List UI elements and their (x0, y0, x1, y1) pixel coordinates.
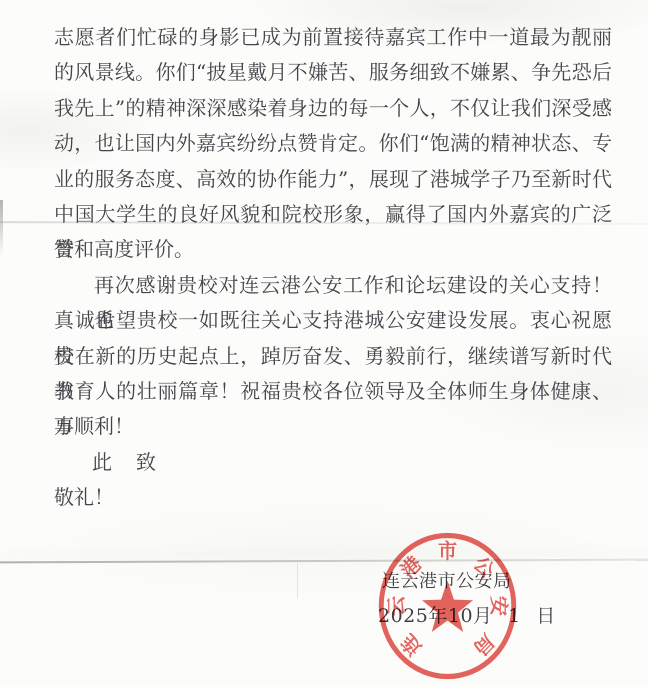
letter-line: 志愿者们忙碌的身影已成为前置接待嘉宾工作中一道最为靓丽 (54, 20, 612, 55)
letter-line: 再次感谢贵校对连云港公安工作和论坛建设的关心支持！也 (54, 268, 612, 303)
letter-line: 事顺利！ (54, 409, 612, 444)
letter-line: 动，也让国内外嘉宾纷纷点赞肯定。你们“饱满的精神状态、专 (54, 126, 612, 161)
letter-line: 我先上”的精神深深感染着身边的每一个人，不仅让我们深受感 (54, 91, 612, 126)
letter-line: 誉和高度评价。 (54, 232, 612, 267)
letter-line: 中国大学生的良好风貌和院校形象，赢得了国内外嘉宾的广泛赞 (54, 197, 612, 232)
paper-fold-line (0, 559, 648, 564)
seal-ring-char: 安 (488, 596, 510, 617)
letter-body: 志愿者们忙碌的身影已成为前置接待嘉宾工作中一道最为靓丽 的风景线。你们“披星戴月… (54, 20, 612, 515)
letter-line: 的风景线。你们“披星戴月不嫌苦、服务细致不嫌累、争先恐后 (54, 55, 612, 90)
letter-line: 业的服务态度、高效的协作能力”，展现了港城学子乃至新时代 (54, 162, 612, 197)
scanned-letter-page: 志愿者们忙碌的身影已成为前置接待嘉宾工作中一道最为靓丽 的风景线。你们“披星戴月… (0, 0, 648, 687)
scan-smudge (0, 200, 3, 256)
paper-crease (297, 563, 298, 599)
seal-ring-char: 市 (438, 539, 457, 563)
letter-line: 书育人的壮丽篇章！祝福贵校各位领导及全体师生身体健康、万 (54, 374, 612, 409)
closing-cizhi: 此致 (54, 445, 612, 480)
letter-line: 校在新的历史起点上，踔厉奋发、勇毅前行，继续谱写新时代教 (54, 339, 612, 374)
official-seal-stamp: 连 云 港 市 公 安 局 (377, 531, 518, 681)
star-icon (422, 581, 473, 633)
closing-jingli: 敬礼！ (54, 480, 612, 515)
letter-line: 真诚希望贵校一如既往关心支持港城公安建设发展。衷心祝愿贵 (54, 303, 612, 338)
seal-ring-char: 云 (385, 596, 407, 617)
